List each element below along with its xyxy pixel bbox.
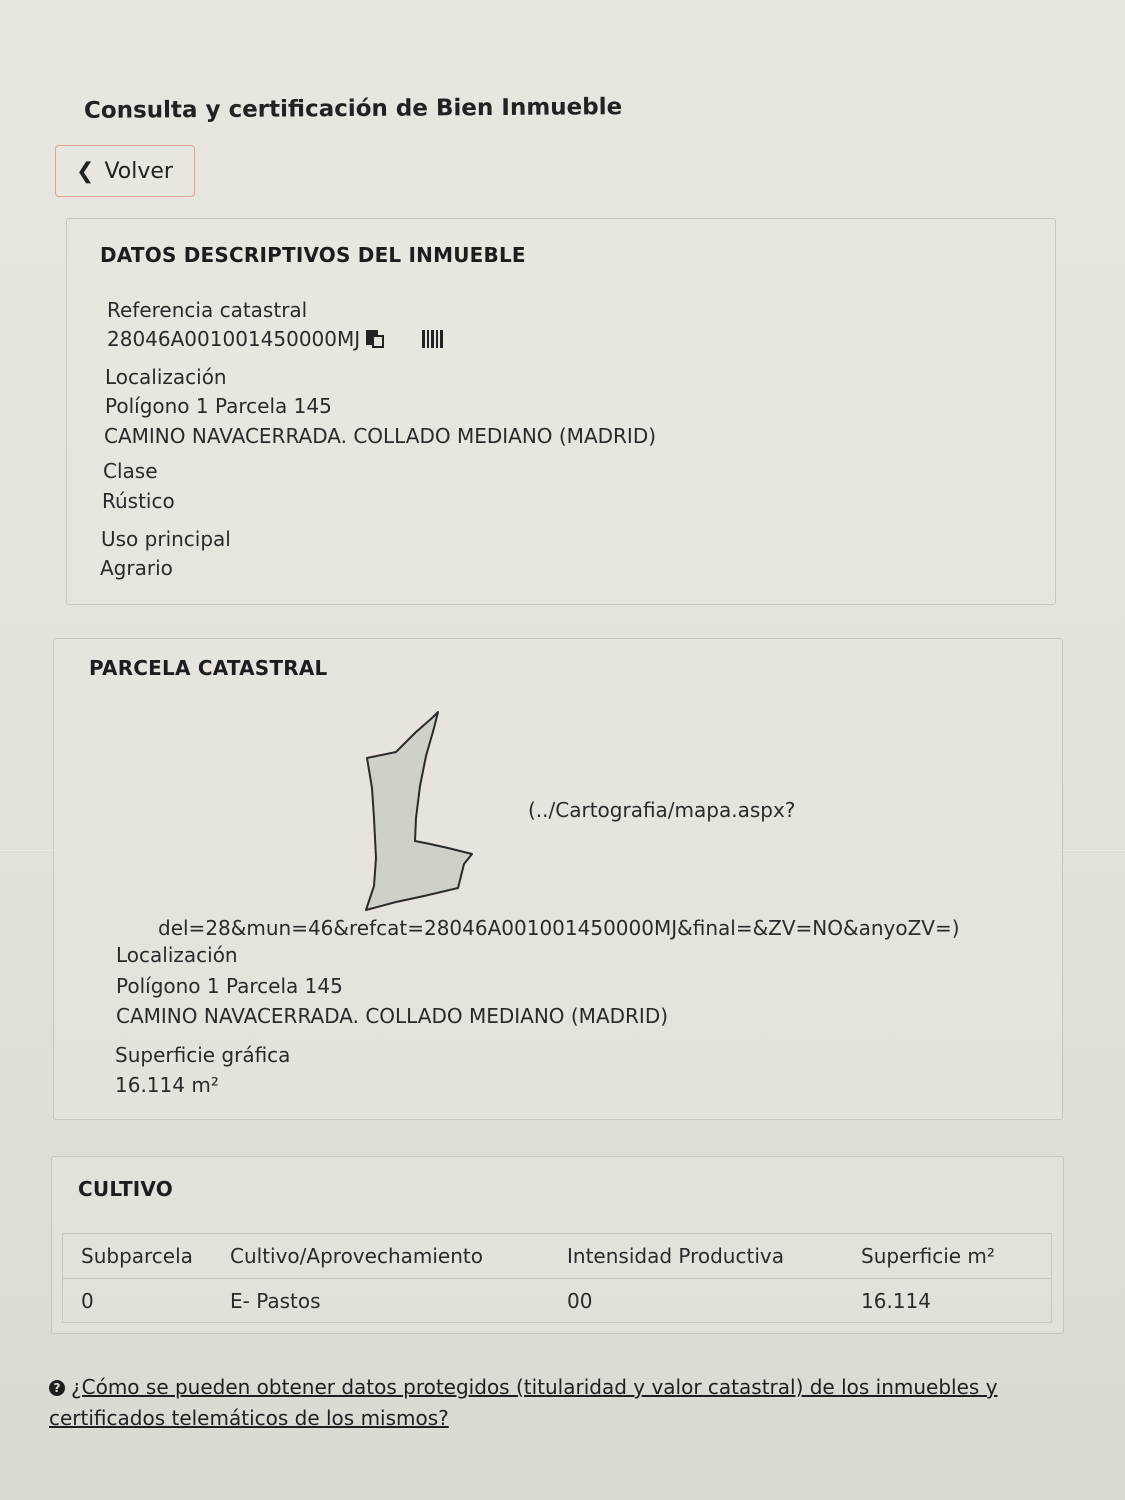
clase-value: Rústico (102, 486, 175, 516)
uso-label: Uso principal (101, 524, 231, 554)
column-header: Intensidad Productiva (567, 1244, 861, 1268)
table-cell: E- Pastos (230, 1289, 567, 1313)
localizacion-line2: CAMINO NAVACERRADA. COLLADO MEDIANO (MAD… (104, 421, 656, 451)
back-button-label: Volver (104, 159, 173, 184)
column-header: Superficie m² (861, 1244, 1051, 1268)
cultivo-table: Subparcela Cultivo/Aprovechamiento Inten… (62, 1233, 1052, 1323)
back-button[interactable]: ❮ Volver (55, 145, 195, 197)
column-header: Subparcela (63, 1244, 230, 1268)
clase-label: Clase (103, 456, 158, 486)
copy-icon[interactable] (366, 330, 386, 348)
referencia-row: 28046A001001450000MJ (107, 324, 443, 354)
map-link-part1[interactable]: (../Cartografia/mapa.aspx? (528, 795, 795, 825)
datos-descriptivos-panel: DATOS DESCRIPTIVOS DEL INMUEBLE Referenc… (66, 218, 1056, 605)
parcela-title: PARCELA CATASTRAL (89, 656, 327, 680)
chevron-left-icon: ❮ (76, 159, 94, 184)
help-section: ?¿Cómo se pueden obtener datos protegido… (49, 1372, 1039, 1434)
parcela-localizacion-label: Localización (116, 940, 238, 970)
question-circle-icon: ? (49, 1380, 65, 1396)
cultivo-title: CULTIVO (78, 1177, 173, 1201)
table-row: 0 E- Pastos 00 16.114 (63, 1278, 1051, 1323)
localizacion-label: Localización (105, 362, 227, 392)
uso-value: Agrario (100, 553, 173, 583)
referencia-label: Referencia catastral (107, 295, 307, 325)
parcela-catastral-panel: PARCELA CATASTRAL (../Cartografia/mapa.a… (53, 638, 1063, 1120)
table-cell: 16.114 (861, 1289, 1051, 1313)
table-header-row: Subparcela Cultivo/Aprovechamiento Inten… (63, 1234, 1051, 1278)
map-link-part2[interactable]: del=28&mun=46&refcat=28046A001001450000M… (158, 913, 960, 943)
barcode-icon[interactable] (422, 330, 443, 348)
protected-data-help-link[interactable]: ¿Cómo se pueden obtener datos protegidos… (49, 1375, 998, 1430)
datos-descriptivos-title: DATOS DESCRIPTIVOS DEL INMUEBLE (100, 243, 526, 267)
page-title: Consulta y certificación de Bien Inmuebl… (84, 94, 622, 124)
parcela-localizacion-line1: Polígono 1 Parcela 145 (116, 971, 343, 1001)
referencia-value: 28046A001001450000MJ (107, 324, 360, 354)
superficie-label: Superficie gráfica (115, 1040, 290, 1070)
cultivo-panel: CULTIVO Subparcela Cultivo/Aprovechamien… (51, 1156, 1064, 1334)
parcel-map-thumbnail[interactable] (360, 708, 480, 918)
table-cell: 0 (63, 1289, 230, 1313)
table-cell: 00 (567, 1289, 861, 1313)
superficie-value: 16.114 m² (115, 1070, 219, 1100)
localizacion-line1: Polígono 1 Parcela 145 (105, 391, 332, 421)
parcela-localizacion-line2: CAMINO NAVACERRADA. COLLADO MEDIANO (MAD… (116, 1001, 668, 1031)
column-header: Cultivo/Aprovechamiento (230, 1244, 567, 1268)
